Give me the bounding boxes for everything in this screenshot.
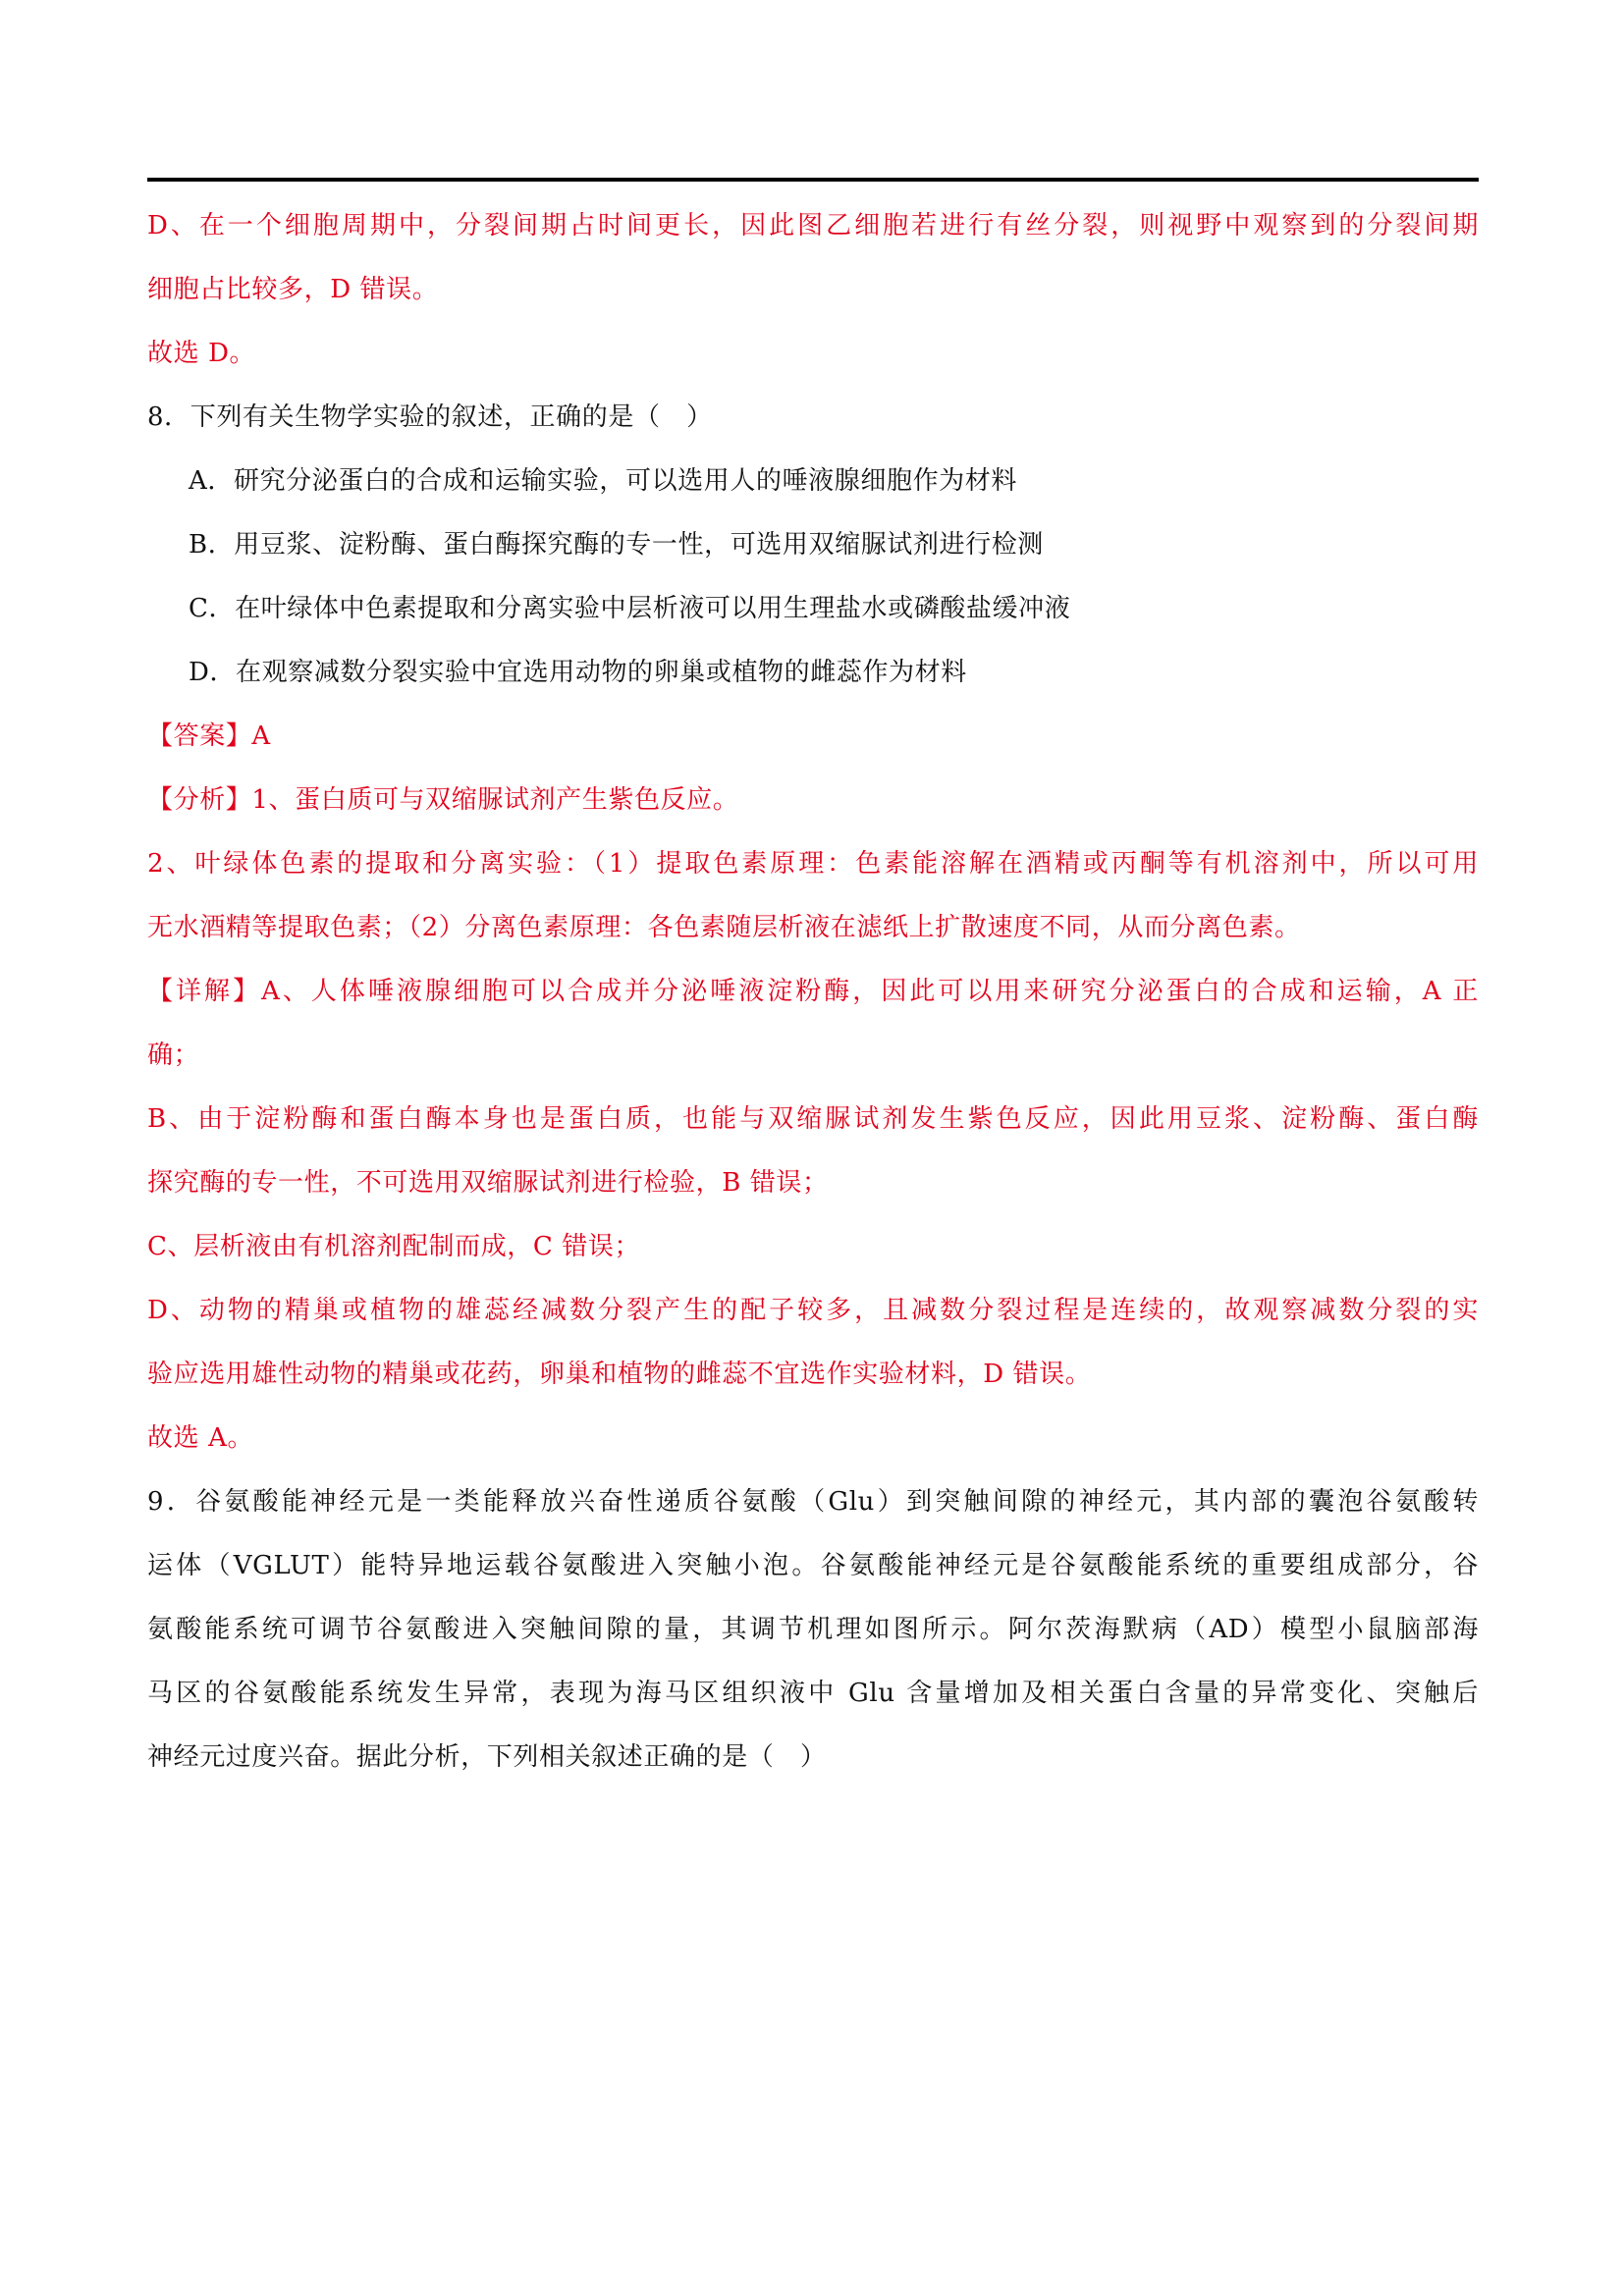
q8-answer: 【答案】A	[147, 721, 271, 752]
q8-analysis-line-3: 无水酒精等提取色素；（2）分离色素原理：各色素随层析液在滤纸上扩散速度不同，从而…	[147, 912, 1301, 943]
q8-detail-line-1: 【详解】A、人体唾液腺细胞可以合成并分泌唾液淀粉酶，因此可以用来研究分泌蛋白的合…	[147, 976, 1479, 1007]
q8-detail-line-6: D、动物的精巢或植物的雄蕊经减数分裂产生的配子较多，且减数分裂过程是连续的，故观…	[147, 1295, 1479, 1326]
q9-stem-line-3: 氨酸能系统可调节谷氨酸进入突触间隙的量，其调节机理如图所示。阿尔茨海默病（AD）…	[147, 1614, 1479, 1645]
q8-detail-line-7: 验应选用雄性动物的精巢或花药，卵巢和植物的雌蕊不宜选作实验材料，D 错误。	[147, 1359, 1091, 1390]
q8-detail-line-3: B、由于淀粉酶和蛋白酶本身也是蛋白质，也能与双缩脲试剂发生紫色反应，因此用豆浆、…	[147, 1103, 1479, 1135]
q8-detail-line-2: 确；	[147, 1040, 199, 1071]
q8-option-b: B．用豆浆、淀粉酶、蛋白酶探究酶的专一性，可选用双缩脲试剂进行检测	[189, 529, 1044, 561]
q8-analysis-line-2: 2、叶绿体色素的提取和分离实验：（1）提取色素原理：色素能溶解在酒精或丙酮等有机…	[147, 848, 1479, 880]
q8-option-a: A．研究分泌蛋白的合成和运输实验，可以选用人的唾液腺细胞作为材料	[189, 465, 1017, 497]
q9-stem-line-5: 神经元过度兴奋。据此分析，下列相关叙述正确的是（ ）	[147, 1741, 827, 1773]
q8-option-d: D．在观察减数分裂实验中宜选用动物的卵巢或植物的雌蕊作为材料	[189, 657, 967, 688]
q9-stem-line-4: 马区的谷氨酸能系统发生异常，表现为海马区组织液中 Glu 含量增加及相关蛋白含量…	[147, 1678, 1479, 1709]
q8-stem: 8．下列有关生物学实验的叙述，正确的是（ ）	[147, 401, 713, 433]
prev-explanation-line-1: D、在一个细胞周期中，分裂间期占时间更长，因此图乙细胞若进行有丝分裂，则视野中观…	[147, 210, 1479, 241]
q8-detail-line-4: 探究酶的专一性，不可选用双缩脲试剂进行检验，B 错误；	[147, 1167, 829, 1199]
q8-detail-line-5: C、层析液由有机溶剂配制而成，C 错误；	[147, 1231, 640, 1262]
prev-explanation-line-2: 细胞占比较多，D 错误。	[147, 274, 438, 305]
prev-conclusion: 故选 D。	[147, 338, 255, 369]
q8-option-c: C．在叶绿体中色素提取和分离实验中层析液可以用生理盐水或磷酸盐缓冲液	[189, 593, 1070, 624]
header-rule	[147, 178, 1479, 182]
q9-stem-line-2: 运体（VGLUT）能特异地运载谷氨酸进入突触小泡。谷氨酸能神经元是谷氨酸能系统的…	[147, 1550, 1479, 1581]
q8-conclusion: 故选 A。	[147, 1422, 253, 1454]
q9-stem-line-1: 9．谷氨酸能神经元是一类能释放兴奋性递质谷氨酸（Glu）到突触间隙的神经元，其内…	[147, 1486, 1479, 1518]
q8-analysis-line-1: 【分析】1、蛋白质可与双缩脲试剂产生紫色反应。	[147, 784, 738, 816]
